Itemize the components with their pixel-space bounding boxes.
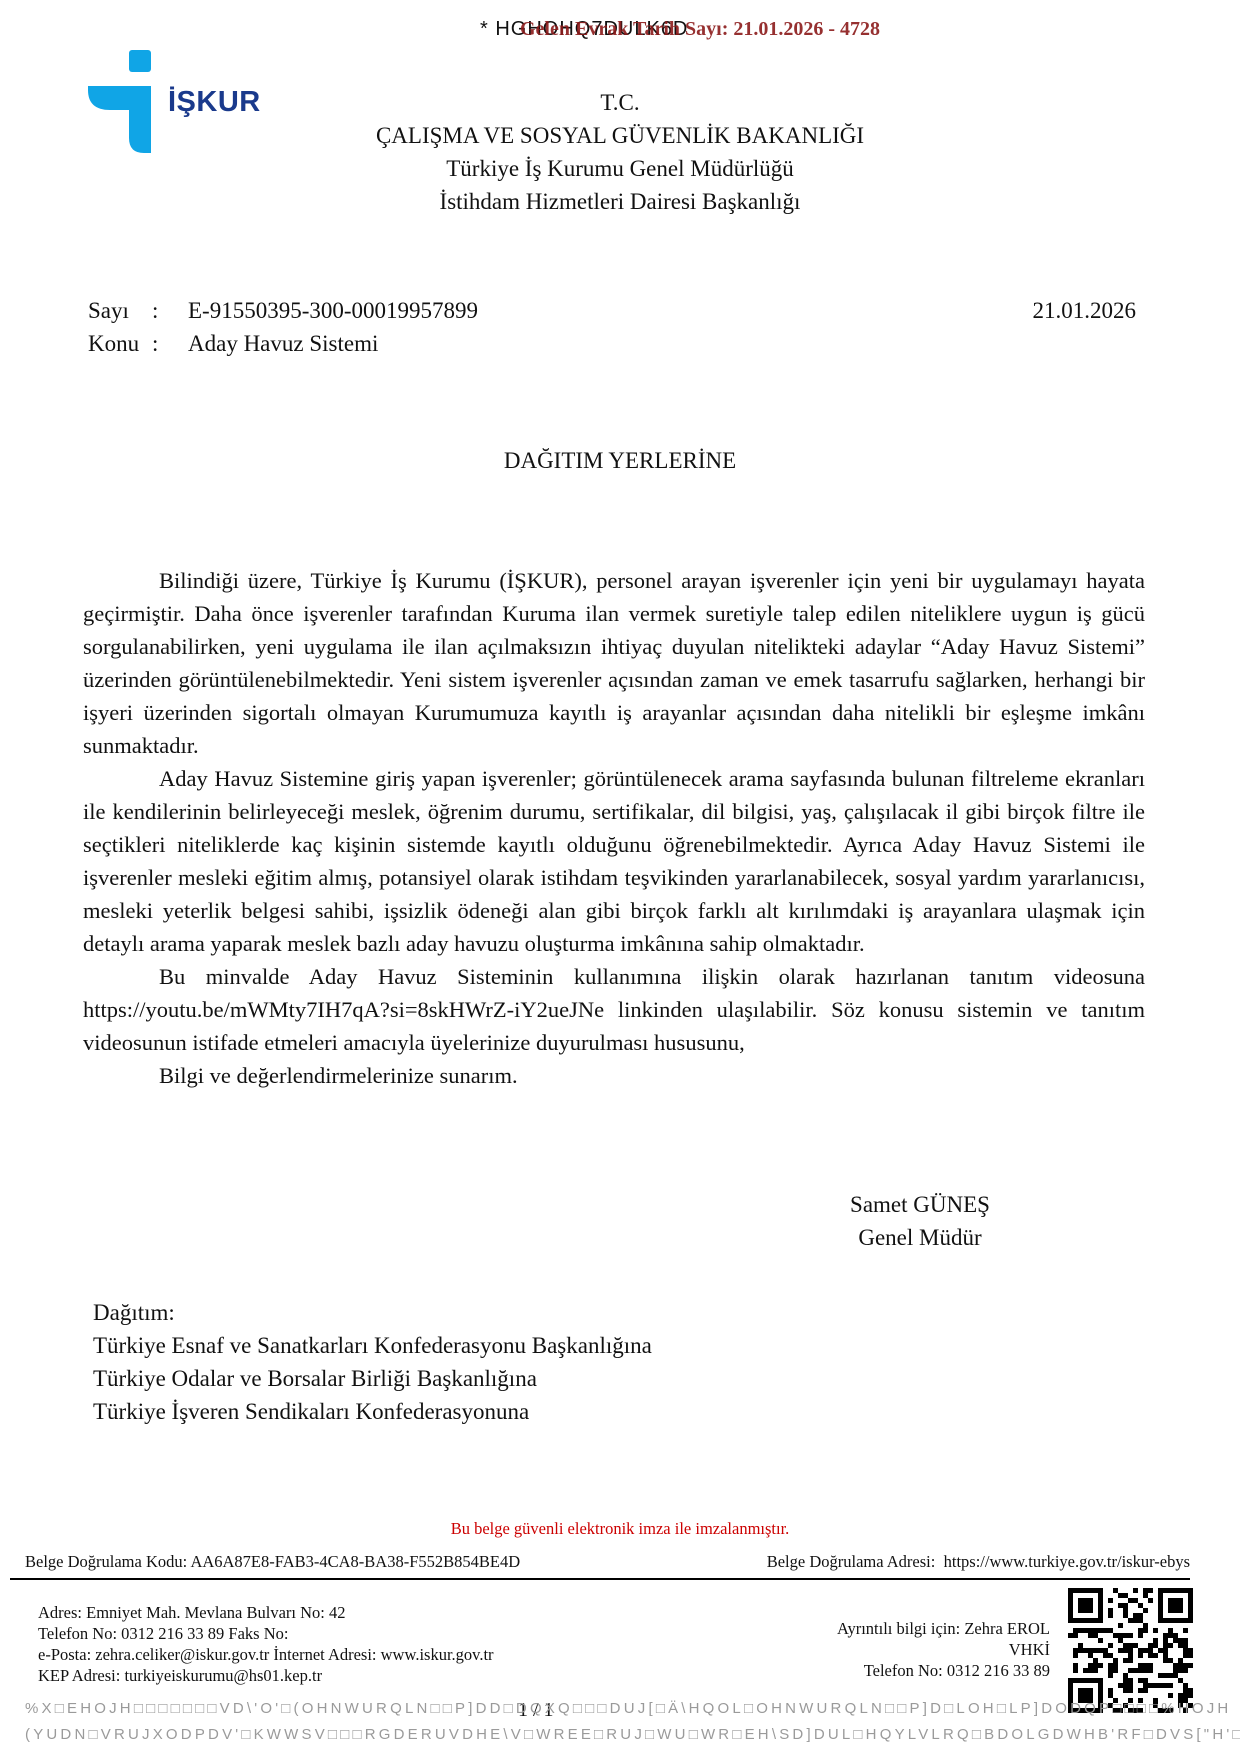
contact-info: Adres: Emniyet Mah. Mevlana Bulvarı No: …	[38, 1602, 494, 1686]
iskur-logo: İŞKUR	[88, 50, 288, 155]
stamp-text: Gelen Evrak Tarih Sayı: 21.01.2026 - 472…	[520, 18, 880, 41]
iskur-mark-icon	[88, 50, 168, 155]
contact-email-web: e-Posta: zehra.celiker@iskur.gov.tr İnte…	[38, 1644, 494, 1665]
signatory-name: Samet GÜNEŞ	[820, 1188, 1020, 1221]
distribution-list: Dağıtım: Türkiye Esnaf ve Sanatkarları K…	[93, 1296, 652, 1428]
distribution-item: Türkiye Odalar ve Borsalar Birliği Başka…	[93, 1362, 652, 1395]
verification-code-label: Belge Doğrulama Kodu:	[25, 1552, 187, 1571]
body-paragraph: Bilindiği üzere, Türkiye İş Kurumu (İŞKU…	[83, 564, 1145, 762]
subject-row: Konu:Aday Havuz Sistemi	[88, 331, 378, 357]
letterhead-line-department: İstihdam Hizmetleri Dairesi Başkanlığı	[300, 185, 940, 218]
garbled-verification-line: (YUDN□VRUJXODPDV'□KWWSV□□□RGDERUVDHE\V□W…	[25, 1726, 1240, 1743]
contact-phone: Telefon No: 0312 216 33 89 Faks No:	[38, 1623, 494, 1644]
distribution-label: Dağıtım:	[93, 1296, 652, 1329]
signature-block: Samet GÜNEŞ Genel Müdür	[820, 1188, 1020, 1254]
verification-code-value: AA6A87E8-FAB3-4CA8-BA38-F552B854BE4D	[190, 1552, 520, 1571]
document-number-row: Sayı:E-91550395-300-00019957899	[88, 298, 478, 324]
letterhead-line-tc: T.C.	[300, 86, 940, 119]
body-paragraph: Bu minvalde Aday Havuz Sisteminin kullan…	[83, 960, 1145, 1059]
qr-code-icon	[1068, 1588, 1193, 1713]
logo-text: İŞKUR	[168, 86, 261, 119]
garbled-verification-line: %X□EHOJH□□□□□□□VD\'O'□(OHNWURQLN□□P]DD□D…	[25, 1700, 1231, 1717]
verification-address-label: Belge Doğrulama Adresi:	[767, 1552, 936, 1571]
recipient-heading: DAĞITIM YERLERİNE	[0, 448, 1240, 474]
info-contact-person: Ayrıntılı bilgi için: Zehra EROL	[837, 1618, 1050, 1639]
letter-body: Bilindiği üzere, Türkiye İş Kurumu (İŞKU…	[83, 564, 1145, 1092]
sayi-label: Sayı	[88, 298, 152, 324]
info-title: VHKİ	[837, 1639, 1050, 1660]
konu-label: Konu	[88, 331, 152, 357]
footer-divider	[10, 1578, 1190, 1580]
sayi-value: E-91550395-300-00019957899	[188, 298, 478, 323]
document-date: 21.01.2026	[1033, 298, 1137, 324]
contact-kep: KEP Adresi: turkiyeiskurumu@hs01.kep.tr	[38, 1665, 494, 1686]
esignature-notice: Bu belge güvenli elektronik imza ile imz…	[0, 1519, 1240, 1539]
distribution-item: Türkiye İşveren Sendikaları Konfederasyo…	[93, 1395, 652, 1428]
konu-value: Aday Havuz Sistemi	[188, 331, 378, 356]
detail-info: Ayrıntılı bilgi için: Zehra EROL VHKİ Te…	[837, 1618, 1050, 1681]
distribution-item: Türkiye Esnaf ve Sanatkarları Konfederas…	[93, 1329, 652, 1362]
separator: :	[152, 298, 188, 324]
signatory-title: Genel Müdür	[820, 1221, 1020, 1254]
verification-address-link[interactable]: https://www.turkiye.gov.tr/iskur-ebys	[944, 1552, 1190, 1571]
verification-code: Belge Doğrulama Kodu: AA6A87E8-FAB3-4CA8…	[25, 1552, 520, 1572]
letterhead: T.C. ÇALIŞMA VE SOSYAL GÜVENLİK BAKANLIĞ…	[300, 86, 940, 218]
contact-address: Adres: Emniyet Mah. Mevlana Bulvarı No: …	[38, 1602, 494, 1623]
verification-address: Belge Doğrulama Adresi: https://www.turk…	[767, 1552, 1190, 1572]
info-phone: Telefon No: 0312 216 33 89	[837, 1660, 1050, 1681]
letterhead-line-ministry: ÇALIŞMA VE SOSYAL GÜVENLİK BAKANLIĞI	[300, 119, 940, 152]
separator: :	[152, 331, 188, 357]
body-paragraph: Aday Havuz Sistemine giriş yapan işveren…	[83, 762, 1145, 960]
letterhead-line-directorate: Türkiye İş Kurumu Genel Müdürlüğü	[300, 152, 940, 185]
body-paragraph-closing: Bilgi ve değerlendirmelerinize sunarım.	[83, 1059, 1145, 1092]
